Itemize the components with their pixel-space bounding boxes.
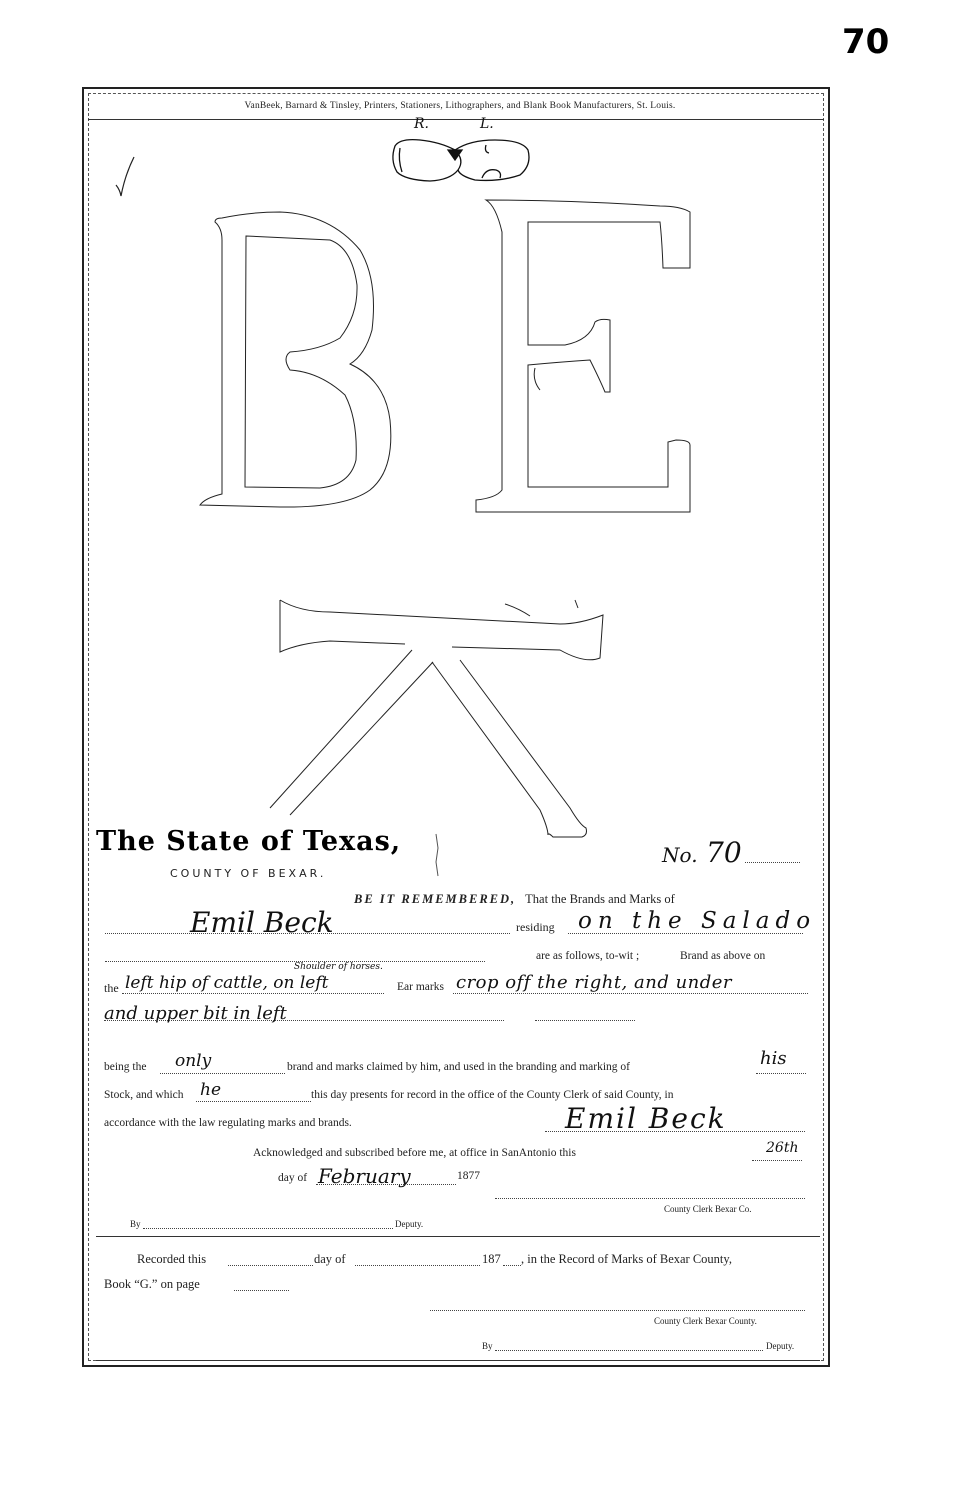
heading-brace [436, 834, 438, 876]
record-number-dots [745, 862, 800, 863]
accordance-text: accordance with the law regulating marks… [104, 1117, 352, 1129]
ear-mark-diagram [393, 140, 529, 181]
presenter: he [200, 1080, 221, 1100]
record-number-value: 70 [706, 836, 742, 869]
stock-owner-line [756, 1073, 806, 1074]
ack-month-line [316, 1184, 456, 1185]
book-text: Book “G.” on page [104, 1277, 200, 1292]
presents-text: this day presents for record in the offi… [311, 1089, 674, 1101]
ear-marks-line2-rule [104, 1020, 504, 1021]
ear-label-right: R. [414, 116, 429, 132]
checkmark-icon [116, 157, 134, 196]
acknowledged-text: Acknowledged and subscribed before me, a… [253, 1147, 576, 1159]
deputy-label-2: Deputy. [766, 1341, 794, 1351]
signature-line [545, 1131, 805, 1132]
brand-ordinal-line [160, 1073, 285, 1074]
county-clerk-county-line [430, 1310, 805, 1311]
county-clerk-county-label: County Clerk Bexar County. [654, 1316, 757, 1326]
recorded-month-line [355, 1265, 480, 1266]
owner-name: Emil Beck [190, 906, 334, 939]
recorded-in-text: , in the Record of Marks of Bexar County… [521, 1252, 732, 1267]
claimed-text: brand and marks claimed by him, and used… [287, 1061, 630, 1073]
brand-letter-b [200, 212, 391, 507]
brand-location-line [122, 993, 384, 994]
book-page-line [234, 1290, 289, 1291]
deputy-label: Deputy. [395, 1219, 423, 1229]
section-divider [96, 1236, 820, 1237]
stock-which-label: Stock, and which [104, 1089, 184, 1101]
residing-label: residing [516, 920, 555, 935]
brand-location: left hip of cattle, on left [125, 973, 328, 993]
be-it-remembered-line: BE IT REMEMBERED, That the Brands and Ma… [354, 892, 675, 907]
brand-symbol-tripod [270, 600, 603, 837]
by-label: By [130, 1219, 141, 1229]
by-deputy-line [143, 1228, 393, 1229]
be-it-remembered: BE IT REMEMBERED, [354, 892, 516, 906]
follows-text: are as follows, to-wit ; [536, 950, 639, 962]
recorded-day-line [228, 1265, 313, 1266]
recorded-this-label: Recorded this [137, 1252, 206, 1267]
ear-marks-label: Ear marks [397, 981, 444, 993]
residence-value: on the Salado [578, 908, 816, 934]
ear-label-left: L. [480, 116, 494, 132]
recorded-year-prefix: 187 [482, 1252, 501, 1267]
brands-marks-text: That the Brands and Marks of [525, 892, 675, 906]
the-label: the [104, 981, 119, 996]
brand-location-superscript: Shoulder of horses. [294, 962, 383, 972]
ack-year: 1877 [457, 1170, 480, 1182]
ack-day-line [752, 1160, 802, 1161]
day-of-label: day of [278, 1172, 307, 1184]
by-deputy-line-2 [495, 1350, 763, 1351]
brand-letter-e [476, 200, 690, 512]
recorded-year-line [503, 1265, 521, 1266]
bottom-rule [96, 1360, 820, 1361]
ack-day: 26th [766, 1140, 798, 1156]
being-the-label: being the [104, 1061, 146, 1073]
record-number-label: No. [662, 843, 698, 867]
county-clerk-label: County Clerk Bexar Co. [664, 1204, 752, 1214]
county-heading: COUNTY OF BEXAR. [170, 867, 326, 880]
brand-ordinal: only [175, 1051, 211, 1071]
ear-marks-extra-rule [535, 1020, 635, 1021]
state-heading: The State of Texas, [96, 826, 401, 857]
ear-marks-line1: crop off the right, and under [456, 972, 732, 993]
recorded-day-of: day of [314, 1252, 346, 1267]
brand-drawings [0, 0, 960, 1500]
stock-owner: his [760, 1048, 787, 1069]
brand-above-text: Brand as above on [680, 950, 765, 962]
ear-marks-line1-rule [453, 993, 808, 994]
by-label-2: By [482, 1341, 493, 1351]
county-clerk-signature-line [495, 1198, 805, 1199]
presenter-line [196, 1101, 311, 1102]
